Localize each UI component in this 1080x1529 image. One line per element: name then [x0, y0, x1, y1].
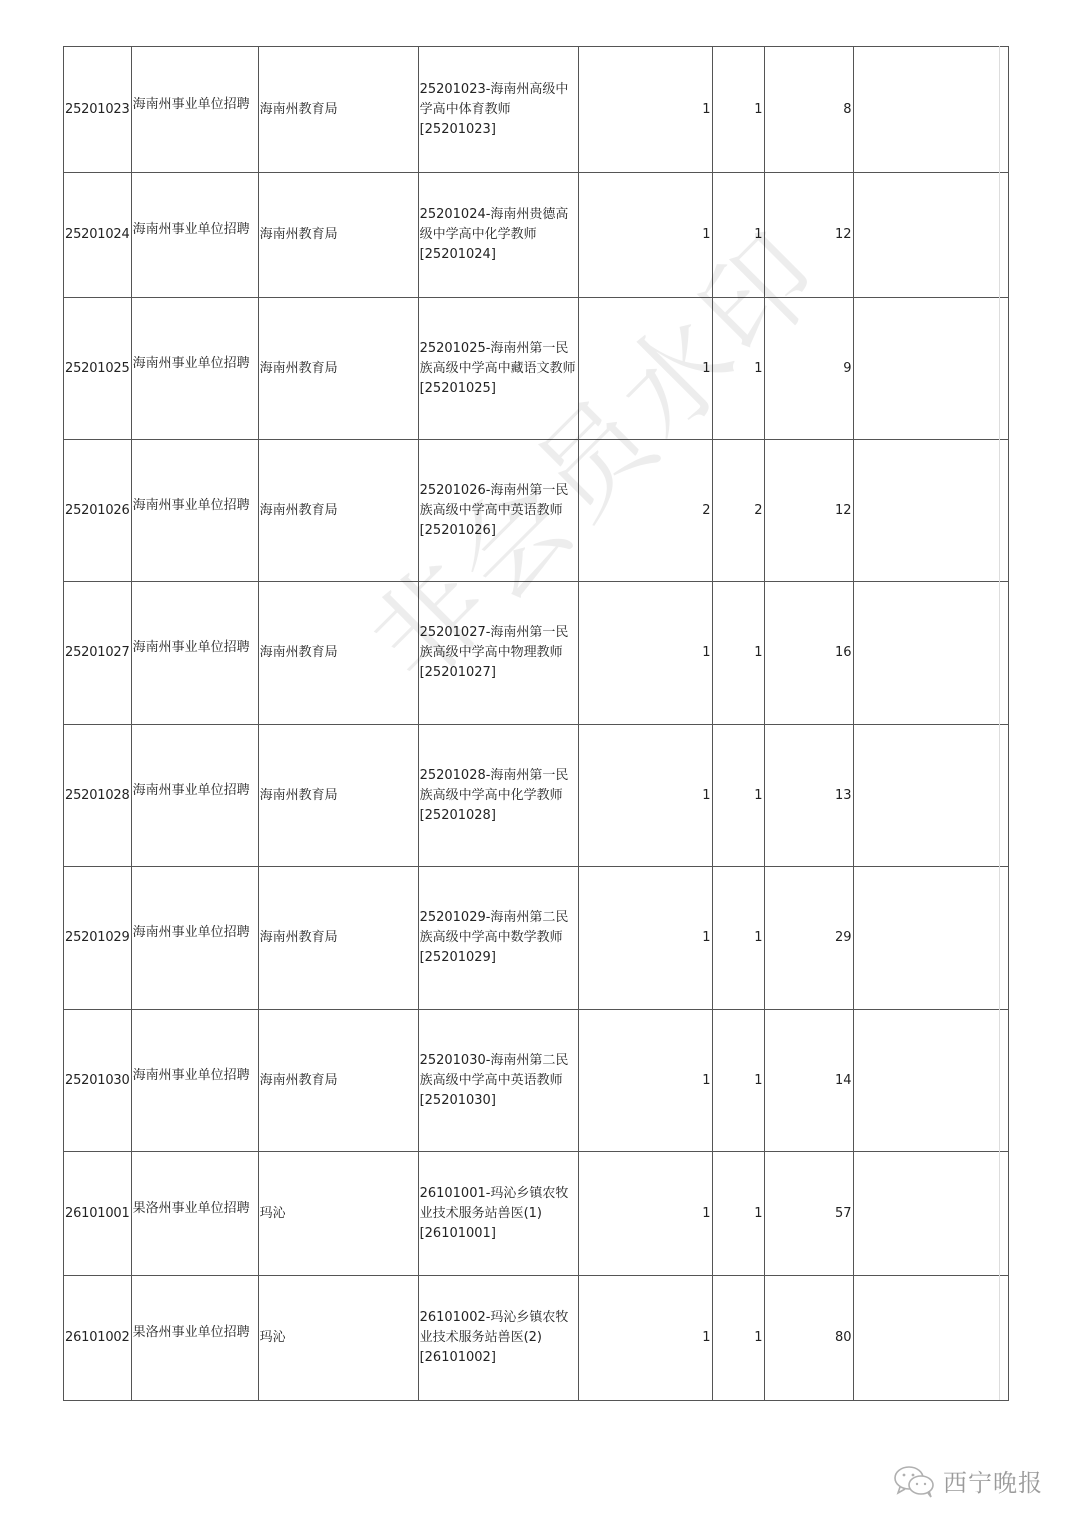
- recruitment-name-text: 海南州事业单位招聘: [133, 638, 257, 658]
- position-code-text: 25201025: [65, 359, 130, 379]
- hire-count: 1: [712, 582, 764, 725]
- remarks: [853, 173, 1008, 298]
- table-row: 25201027海南州事业单位招聘海南州教育局25201027-海南州第一民族高…: [64, 582, 1009, 725]
- hire-count: 1: [712, 47, 764, 173]
- planned-count: 1: [578, 47, 712, 173]
- hire-count: 1: [712, 867, 764, 1010]
- position-name-text: 25201023-海南州高级中学高中体育教师[25201023]: [420, 80, 577, 140]
- position-name-text: 25201029-海南州第二民族高级中学高中数学教师[25201029]: [420, 908, 577, 968]
- applicant-count-text: 12: [766, 225, 852, 245]
- hire-count: 2: [712, 440, 764, 582]
- table-row: 25201029海南州事业单位招聘海南州教育局25201029-海南州第二民族高…: [64, 867, 1009, 1010]
- position-code-text: 25201024: [65, 225, 130, 245]
- table-row: 26101002果洛州事业单位招聘玛沁26101002-玛沁乡镇农牧业技术服务站…: [64, 1276, 1009, 1401]
- planned-count-text: 1: [580, 359, 711, 379]
- planned-count-text: 1: [580, 1071, 711, 1091]
- hire-count-text: 1: [714, 1328, 763, 1348]
- applicant-count-text: 16: [766, 643, 852, 663]
- applicant-count-text: 57: [766, 1204, 852, 1224]
- hire-count: 1: [712, 1152, 764, 1276]
- table-row: 25201023海南州事业单位招聘海南州教育局25201023-海南州高级中学高…: [64, 47, 1009, 173]
- department-text: 海南州教育局: [260, 100, 417, 120]
- table-row: 25201028海南州事业单位招聘海南州教育局25201028-海南州第一民族高…: [64, 725, 1009, 867]
- remarks: [853, 1152, 1008, 1276]
- position-name: 25201027-海南州第一民族高级中学高中物理教师[25201027]: [418, 582, 578, 725]
- position-code-text: 25201030: [65, 1071, 130, 1091]
- position-code-text: 25201029: [65, 928, 130, 948]
- remarks: [853, 867, 1008, 1010]
- position-code: 25201027: [64, 582, 132, 725]
- recruitment-name: 海南州事业单位招聘: [131, 173, 258, 298]
- recruitment-name: 海南州事业单位招聘: [131, 867, 258, 1010]
- hire-count: 1: [712, 298, 764, 440]
- position-name: 25201029-海南州第二民族高级中学高中数学教师[25201029]: [418, 867, 578, 1010]
- recruitment-name-text: 海南州事业单位招聘: [133, 220, 257, 240]
- position-code-text: 25201028: [65, 786, 130, 806]
- position-code: 25201028: [64, 725, 132, 867]
- department: 玛沁: [258, 1152, 418, 1276]
- recruitment-name: 海南州事业单位招聘: [131, 725, 258, 867]
- applicant-count: 12: [764, 440, 853, 582]
- table-row: 26101001果洛州事业单位招聘玛沁26101001-玛沁乡镇农牧业技术服务站…: [64, 1152, 1009, 1276]
- hire-count-text: 1: [714, 786, 763, 806]
- department: 玛沁: [258, 1276, 418, 1401]
- department-text: 海南州教育局: [260, 359, 417, 379]
- planned-count-text: 1: [580, 643, 711, 663]
- department: 海南州教育局: [258, 867, 418, 1010]
- applicant-count-text: 29: [766, 928, 852, 948]
- applicant-count-text: 8: [766, 100, 852, 120]
- hire-count-text: 1: [714, 928, 763, 948]
- hire-count-text: 1: [714, 643, 763, 663]
- hire-count-text: 1: [714, 100, 763, 120]
- department-text: 玛沁: [260, 1204, 417, 1224]
- position-code: 25201023: [64, 47, 132, 173]
- applicant-count-text: 12: [766, 501, 852, 521]
- planned-count-text: 1: [580, 786, 711, 806]
- planned-count-text: 1: [580, 1328, 711, 1348]
- recruitment-name-text: 果洛州事业单位招聘: [133, 1323, 257, 1343]
- planned-count: 1: [578, 725, 712, 867]
- department: 海南州教育局: [258, 725, 418, 867]
- planned-count: 2: [578, 440, 712, 582]
- position-name-text: 25201026-海南州第一民族高级中学高中英语教师[25201026]: [420, 481, 577, 541]
- remarks: [853, 298, 1008, 440]
- position-name-text: 25201030-海南州第二民族高级中学高中英语教师[25201030]: [420, 1051, 577, 1111]
- position-code: 25201025: [64, 298, 132, 440]
- planned-count-text: 1: [580, 928, 711, 948]
- remarks: [853, 582, 1008, 725]
- position-name-text: 25201025-海南州第一民族高级中学高中藏语文教师[25201025]: [420, 339, 577, 399]
- table-right-edge: [999, 46, 1000, 1400]
- position-code: 25201026: [64, 440, 132, 582]
- recruitment-name: 海南州事业单位招聘: [131, 440, 258, 582]
- applicant-count: 80: [764, 1276, 853, 1401]
- hire-count: 1: [712, 725, 764, 867]
- department-text: 海南州教育局: [260, 1071, 417, 1091]
- brand-name: 西宁晚报: [943, 1463, 1043, 1498]
- planned-count: 1: [578, 867, 712, 1010]
- recruitment-name-text: 海南州事业单位招聘: [133, 923, 257, 943]
- recruitment-name: 海南州事业单位招聘: [131, 47, 258, 173]
- remarks: [853, 1010, 1008, 1152]
- remarks: [853, 1276, 1008, 1401]
- department-text: 玛沁: [260, 1328, 417, 1348]
- department: 海南州教育局: [258, 298, 418, 440]
- table-row: 25201026海南州事业单位招聘海南州教育局25201026-海南州第一民族高…: [64, 440, 1009, 582]
- applicant-count-text: 14: [766, 1071, 852, 1091]
- applicant-count: 57: [764, 1152, 853, 1276]
- hire-count-text: 1: [714, 1071, 763, 1091]
- position-code: 25201029: [64, 867, 132, 1010]
- planned-count-text: 1: [580, 100, 711, 120]
- position-name-text: 25201024-海南州贵德高级中学高中化学教师[25201024]: [420, 205, 577, 265]
- wechat-icon: [893, 1464, 937, 1498]
- recruitment-name-text: 果洛州事业单位招聘: [133, 1199, 257, 1219]
- remarks: [853, 725, 1008, 867]
- position-code: 25201030: [64, 1010, 132, 1152]
- table-row: 25201024海南州事业单位招聘海南州教育局25201024-海南州贵德高级中…: [64, 173, 1009, 298]
- planned-count: 1: [578, 1152, 712, 1276]
- applicant-count-text: 13: [766, 786, 852, 806]
- hire-count: 1: [712, 1010, 764, 1152]
- department: 海南州教育局: [258, 47, 418, 173]
- position-name: 25201024-海南州贵德高级中学高中化学教师[25201024]: [418, 173, 578, 298]
- position-code: 26101001: [64, 1152, 132, 1276]
- hire-count: 1: [712, 173, 764, 298]
- department: 海南州教育局: [258, 173, 418, 298]
- department-text: 海南州教育局: [260, 643, 417, 663]
- position-name-text: 25201028-海南州第一民族高级中学高中化学教师[25201028]: [420, 766, 577, 826]
- hire-count-text: 2: [714, 501, 763, 521]
- position-name: 25201028-海南州第一民族高级中学高中化学教师[25201028]: [418, 725, 578, 867]
- recruitment-name-text: 海南州事业单位招聘: [133, 354, 257, 374]
- department-text: 海南州教育局: [260, 786, 417, 806]
- recruitment-table: 25201023海南州事业单位招聘海南州教育局25201023-海南州高级中学高…: [63, 46, 1009, 1401]
- planned-count: 1: [578, 1276, 712, 1401]
- position-code-text: 25201027: [65, 643, 130, 663]
- recruitment-name-text: 海南州事业单位招聘: [133, 781, 257, 801]
- position-code-text: 25201023: [65, 100, 130, 120]
- planned-count: 1: [578, 298, 712, 440]
- planned-count: 1: [578, 1010, 712, 1152]
- position-code: 26101002: [64, 1276, 132, 1401]
- applicant-count: 14: [764, 1010, 853, 1152]
- department: 海南州教育局: [258, 582, 418, 725]
- applicant-count: 16: [764, 582, 853, 725]
- table-row: 25201025海南州事业单位招聘海南州教育局25201025-海南州第一民族高…: [64, 298, 1009, 440]
- hire-count-text: 1: [714, 1204, 763, 1224]
- applicant-count: 9: [764, 298, 853, 440]
- department-text: 海南州教育局: [260, 928, 417, 948]
- position-name: 25201023-海南州高级中学高中体育教师[25201023]: [418, 47, 578, 173]
- position-name: 26101001-玛沁乡镇农牧业技术服务站兽医(1)[26101001]: [418, 1152, 578, 1276]
- applicant-count: 13: [764, 725, 853, 867]
- applicant-count: 12: [764, 173, 853, 298]
- hire-count-text: 1: [714, 225, 763, 245]
- position-code-text: 26101001: [65, 1204, 130, 1224]
- planned-count-text: 1: [580, 225, 711, 245]
- recruitment-name: 海南州事业单位招聘: [131, 1010, 258, 1152]
- position-name: 25201025-海南州第一民族高级中学高中藏语文教师[25201025]: [418, 298, 578, 440]
- position-code-text: 25201026: [65, 501, 130, 521]
- recruitment-name-text: 海南州事业单位招聘: [133, 496, 257, 516]
- remarks: [853, 440, 1008, 582]
- table-row: 25201030海南州事业单位招聘海南州教育局25201030-海南州第二民族高…: [64, 1010, 1009, 1152]
- position-name: 26101002-玛沁乡镇农牧业技术服务站兽医(2)[26101002]: [418, 1276, 578, 1401]
- department-text: 海南州教育局: [260, 225, 417, 245]
- hire-count-text: 1: [714, 359, 763, 379]
- recruitment-name: 海南州事业单位招聘: [131, 298, 258, 440]
- applicant-count: 8: [764, 47, 853, 173]
- recruitment-name: 海南州事业单位招聘: [131, 582, 258, 725]
- position-code-text: 26101002: [65, 1328, 130, 1348]
- planned-count-text: 1: [580, 1204, 711, 1224]
- department-text: 海南州教育局: [260, 501, 417, 521]
- position-name-text: 26101002-玛沁乡镇农牧业技术服务站兽医(2)[26101002]: [420, 1308, 577, 1368]
- applicant-count-text: 80: [766, 1328, 852, 1348]
- remarks: [853, 47, 1008, 173]
- recruitment-name-text: 海南州事业单位招聘: [133, 1066, 257, 1086]
- department: 海南州教育局: [258, 440, 418, 582]
- position-name: 25201030-海南州第二民族高级中学高中英语教师[25201030]: [418, 1010, 578, 1152]
- planned-count: 1: [578, 582, 712, 725]
- applicant-count-text: 9: [766, 359, 852, 379]
- position-name-text: 26101001-玛沁乡镇农牧业技术服务站兽医(1)[26101001]: [420, 1184, 577, 1244]
- recruitment-name: 果洛州事业单位招聘: [131, 1152, 258, 1276]
- recruitment-name-text: 海南州事业单位招聘: [133, 95, 257, 115]
- position-code: 25201024: [64, 173, 132, 298]
- position-name: 25201026-海南州第一民族高级中学高中英语教师[25201026]: [418, 440, 578, 582]
- position-name-text: 25201027-海南州第一民族高级中学高中物理教师[25201027]: [420, 623, 577, 683]
- applicant-count: 29: [764, 867, 853, 1010]
- department: 海南州教育局: [258, 1010, 418, 1152]
- recruitment-name: 果洛州事业单位招聘: [131, 1276, 258, 1401]
- hire-count: 1: [712, 1276, 764, 1401]
- planned-count-text: 2: [580, 501, 711, 521]
- footer-brand: 西宁晚报: [893, 1463, 1043, 1498]
- planned-count: 1: [578, 173, 712, 298]
